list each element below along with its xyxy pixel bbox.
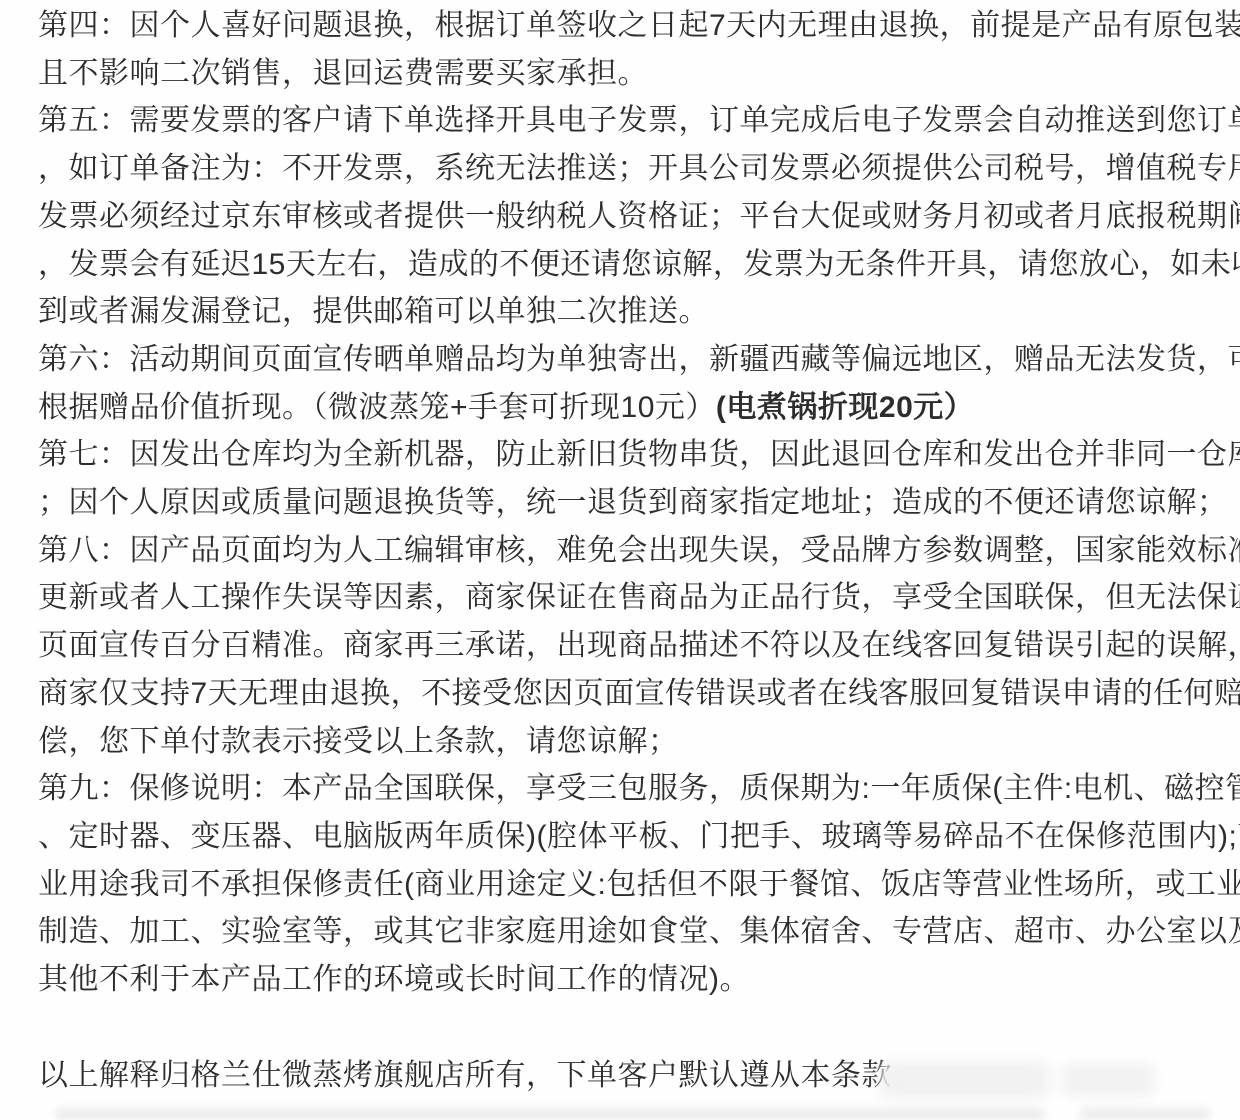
clause-9: 第九：保修说明：本产品全国联保，享受三包服务，质保期为:一年质保(主件:电机、磁… bbox=[38, 765, 1240, 1004]
terms-text-block: 第四：因个人喜好问题退换，根据订单签收之日起7天内无理由退换，前提是产品有原包装… bbox=[38, 2, 1240, 1099]
watermark-smudge bbox=[55, 1108, 1045, 1120]
clause-8-segment: 第八：因产品页面均为人工编辑审核，难免会出现失误，受品牌方参数调整，国家能效标准… bbox=[38, 534, 1240, 758]
clause-8: 第八：因产品页面均为人工编辑审核，难免会出现失误，受品牌方参数调整，国家能效标准… bbox=[38, 527, 1240, 766]
clause-5-segment: 第五：需要发票的客户请下单选择开具电子发票，订单完成后电子发票会自动推送到您订单… bbox=[38, 104, 1240, 328]
clause-5: 第五：需要发票的客户请下单选择开具电子发票，订单完成后电子发票会自动推送到您订单… bbox=[38, 97, 1240, 336]
clause-9-segment: 第九：保修说明：本产品全国联保，享受三包服务，质保期为:一年质保(主件:电机、磁… bbox=[38, 772, 1240, 996]
clause-6-bold-segment: (电煮锅折现20元） bbox=[716, 391, 974, 424]
clause-6-segment: 第六：活动期间页面宣传晒单赠品均为单独寄出，新疆西藏等偏远地区，赠品无法发货，可… bbox=[38, 343, 1240, 424]
clause-4: 第四：因个人喜好问题退换，根据订单签收之日起7天内无理由退换，前提是产品有原包装… bbox=[38, 2, 1240, 97]
clause-6: 第六：活动期间页面宣传晒单赠品均为单独寄出，新疆西藏等偏远地区，赠品无法发货，可… bbox=[38, 336, 1240, 431]
closing-statement: 以上解释归格兰仕微蒸烤旗舰店所有，下单客户默认遵从本条款。 bbox=[38, 1052, 1240, 1100]
terms-document-page: 第四：因个人喜好问题退换，根据订单签收之日起7天内无理由退换，前提是产品有原包装… bbox=[0, 0, 1240, 1120]
clause-7: 第七：因发出仓库均为全新机器，防止新旧货物串货，因此退回仓库和发出仓并非同一仓库… bbox=[38, 431, 1240, 526]
clause-4-segment: 第四：因个人喜好问题退换，根据订单签收之日起7天内无理由退换，前提是产品有原包装… bbox=[38, 9, 1240, 90]
watermark-smudge bbox=[1080, 1108, 1210, 1120]
closing-statement-segment: 以上解释归格兰仕微蒸烤旗舰店所有，下单客户默认遵从本条款。 bbox=[38, 1059, 923, 1092]
clause-7-segment: 第七：因发出仓库均为全新机器，防止新旧货物串货，因此退回仓库和发出仓并非同一仓库… bbox=[38, 438, 1240, 519]
